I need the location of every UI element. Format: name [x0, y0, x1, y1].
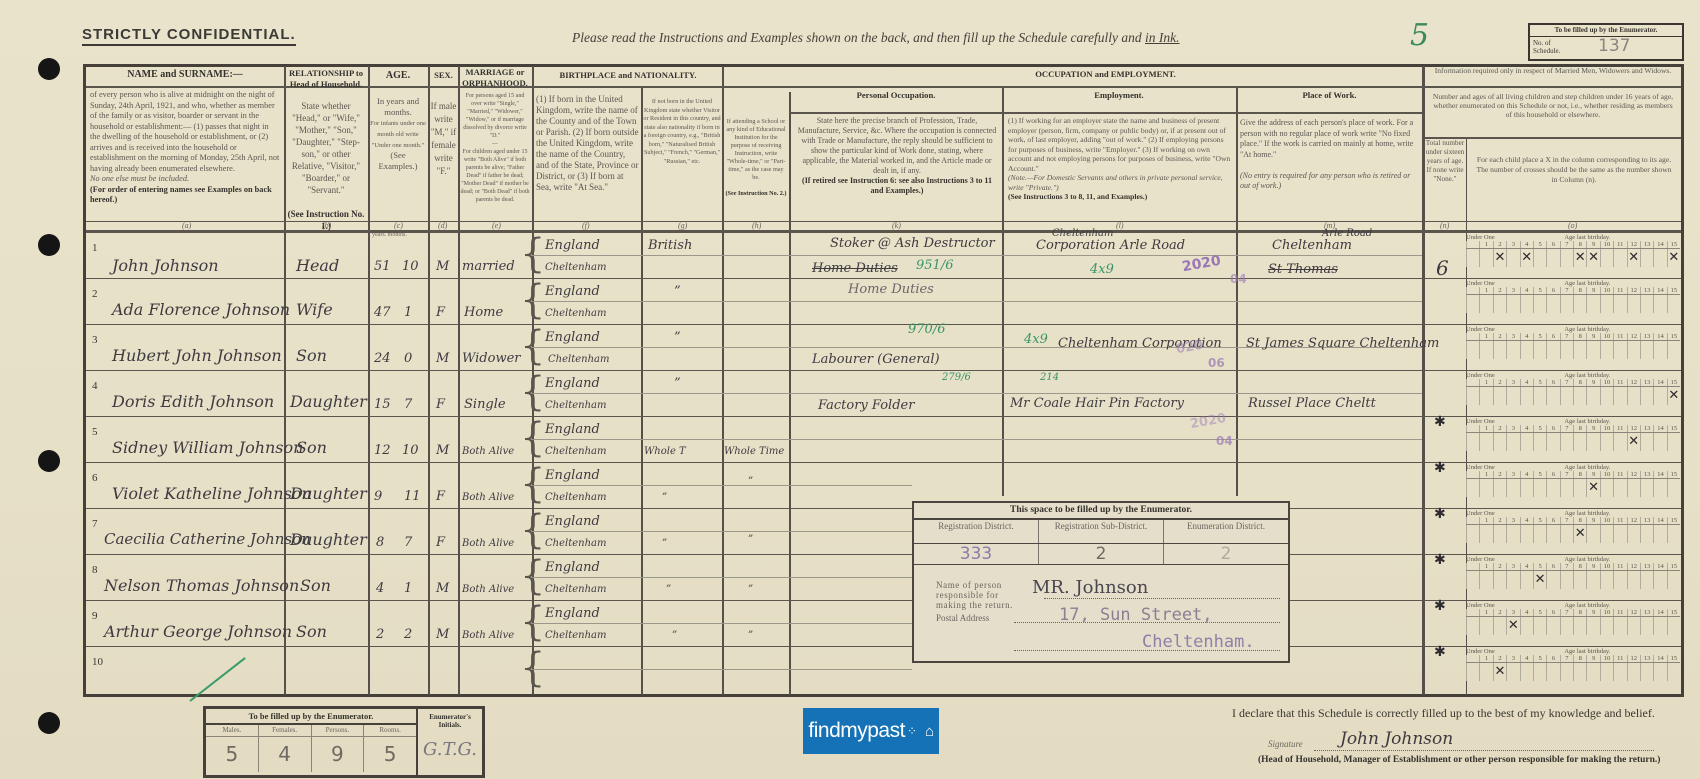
birthplace-title: BIRTHPLACE and NATIONALITY. — [534, 70, 722, 81]
col-b-body: State whether "Head," or "Wife," "Mother… — [286, 100, 366, 232]
col-m-title: Place of Work. — [1238, 90, 1421, 101]
schedule-number-box: To be filled up by the Enumerator. No. o… — [1528, 23, 1684, 61]
pencil-annotation: 5 — [1410, 18, 1429, 53]
age-grid: Under OneAge last birthday. 123456789101… — [1466, 234, 1680, 267]
pencil-crosses: ✱✱✱✱✱✱ — [1434, 400, 1446, 676]
home-icon: ⌂ — [925, 723, 934, 740]
children-total: 6 — [1436, 256, 1449, 280]
place-of-work: Cheltenham — [1272, 238, 1352, 253]
married-body: Number and ages of all living children a… — [1430, 92, 1676, 119]
dots-icon: ⁘ — [907, 724, 917, 738]
col-l-title: Employment. — [1004, 90, 1234, 101]
col-e-body: For persons aged 15 and over write "Sing… — [460, 92, 530, 204]
confidential-heading: STRICTLY CONFIDENTIAL. — [82, 26, 296, 46]
age-grid: Under OneAge last birthday. 123456789101… — [1466, 556, 1680, 589]
address-line-1: 17, Sun Street, — [1059, 605, 1213, 625]
col-d-title: SEX. — [430, 70, 457, 81]
punch-hole — [38, 450, 60, 472]
registration-district: 333 — [914, 544, 1038, 564]
age-grid: Under OneAge last birthday. 123456789101… — [1466, 326, 1680, 359]
enumerator-box: This space to be filled up by the Enumer… — [912, 501, 1290, 663]
col-a-title: NAME and SURNAME:— — [90, 69, 280, 81]
punch-hole — [38, 712, 60, 734]
col-k-body: State here the precise branch of Profess… — [796, 116, 998, 196]
col-h-body: If attending a School or any kind of Edu… — [724, 118, 788, 198]
registration-sub-district: 2 — [1038, 544, 1163, 564]
occupation-title: OCCUPATION and EMPLOYMENT. — [789, 69, 1422, 80]
employer: Corporation Arle Road — [1036, 238, 1185, 253]
col-c-title: AGE. — [370, 70, 426, 82]
col-d-body: If male write "M," if female write "F." — [430, 100, 457, 178]
age-grid: Under OneAge last birthday. 123456789101… — [1466, 280, 1680, 313]
punch-hole — [38, 234, 60, 256]
males-count: 5 — [206, 737, 258, 772]
col-o-body: For each child place a X in the column c… — [1474, 155, 1674, 185]
enumerator-initials: G.T.G. — [418, 739, 482, 760]
instructions-line: Please read the Instructions and Example… — [572, 30, 1180, 46]
signature: John Johnson — [1340, 729, 1453, 749]
persons-count: 9 — [311, 737, 364, 772]
col-k-title: Personal Occupation. — [791, 90, 1001, 101]
col-a-body: of every person who is alive at midnight… — [90, 90, 280, 206]
census-schedule-page: STRICTLY CONFIDENTIAL. Please read the I… — [0, 0, 1700, 779]
person-name: John Johnson — [112, 256, 219, 275]
col-e-title: MARRIAGE or ORPHANHOOD. — [460, 67, 530, 88]
age-grid: Under OneAge last birthday. 123456789101… — [1466, 510, 1680, 543]
col-n-body: Total number under sixteen years of age.… — [1425, 139, 1465, 184]
findmypast-logo-button[interactable]: findmypast ⁘ ⌂ — [803, 708, 939, 754]
schedule-number: 137 — [1598, 36, 1630, 56]
rooms-count: 5 — [363, 737, 416, 772]
age-grid: Under OneAge last birthday. 123456789101… — [1466, 648, 1680, 681]
signature-role: (Head of Household, Manager of Establish… — [1258, 755, 1660, 765]
child-age-crosses: ✕✕✕✕✕✕ — [1466, 249, 1680, 267]
col-m-body: Give the address of each person's place … — [1240, 118, 1420, 192]
married-title: Information required only in respect of … — [1426, 66, 1680, 75]
relationship: Head — [296, 256, 339, 275]
school-attendance: Whole Time — [724, 446, 784, 457]
col-l-body: (1) If working for an employer state the… — [1008, 116, 1232, 202]
address-line-2: Cheltenham. — [1142, 632, 1255, 652]
responsible-person: MR. Johnson — [1032, 577, 1148, 598]
col-c-body: In years and months.For infants under on… — [370, 96, 426, 171]
col-f-body: (1) If born in the United Kingdom, write… — [536, 94, 639, 193]
females-count: 4 — [258, 737, 311, 772]
age-grid: Under OneAge last birthday. 123456789101… — [1466, 464, 1680, 497]
enumerator-count-box: To be filled up by the Enumerator. Males… — [203, 706, 485, 778]
enumeration-district: 2 — [1163, 544, 1288, 564]
occupation: Stoker @ Ash Destructor — [830, 236, 995, 251]
declaration-text: I declare that this Schedule is correctl… — [1232, 706, 1655, 721]
punch-hole — [38, 58, 60, 80]
age-grid: Under OneAge last birthday. 123456789101… — [1466, 418, 1680, 451]
age-grid: Under OneAge last birthday. 123456789101… — [1466, 602, 1680, 635]
age-grid: Under OneAge last birthday. 123456789101… — [1466, 372, 1680, 405]
col-g-body: If not born in the United Kingdom state … — [643, 98, 721, 166]
col-b-title: RELATIONSHIP to Head of Household. — [286, 68, 366, 89]
